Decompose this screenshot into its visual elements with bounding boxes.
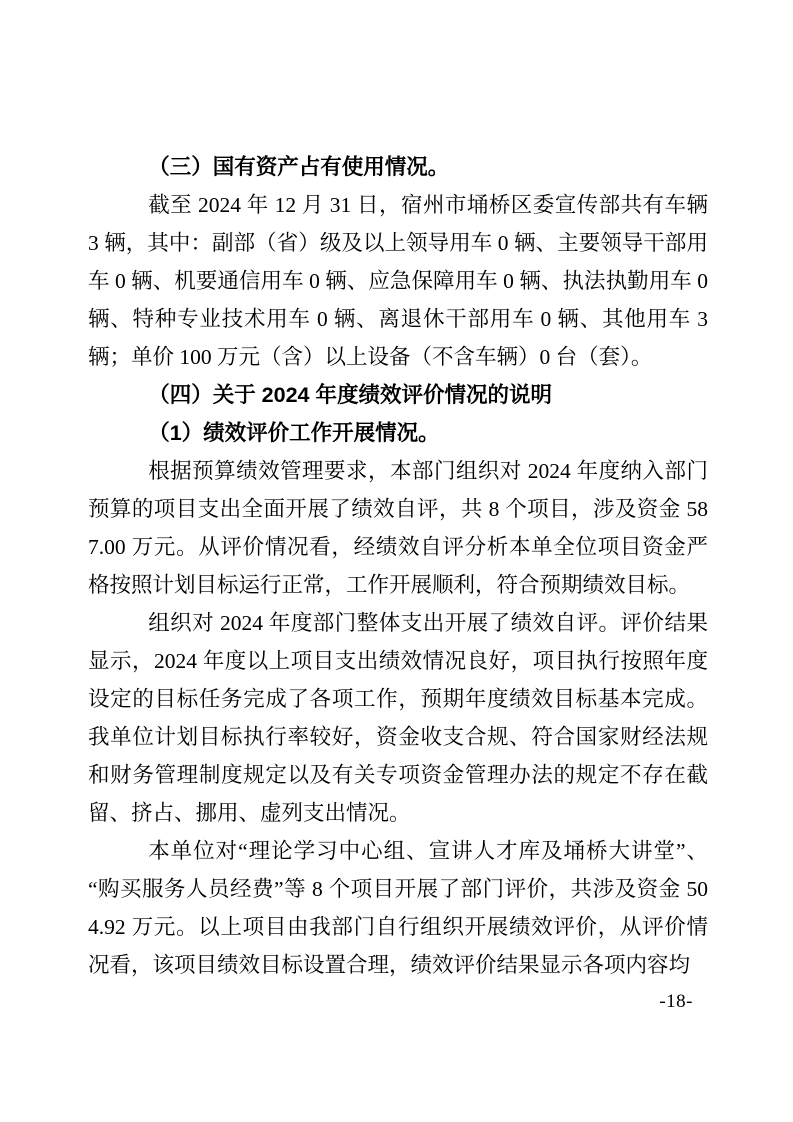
- section-heading: （四）关于 2024 年度绩效评价情况的说明: [88, 376, 708, 414]
- body-paragraph: 本单位对“理论学习中心组、宣讲人才库及埇桥大讲堂”、“购买服务人员经费”等 8 …: [88, 832, 708, 984]
- section-heading: （三）国有资产占有使用情况。: [88, 148, 708, 186]
- document-blocks: （三）国有资产占有使用情况。截至 2024 年 12 月 31 日，宿州市埇桥区…: [88, 148, 708, 984]
- body-paragraph: 截至 2024 年 12 月 31 日，宿州市埇桥区委宣传部共有车辆 3 辆，其…: [88, 186, 708, 376]
- body-paragraph: 组织对 2024 年度部门整体支出开展了绩效自评。评价结果显示，2024 年度以…: [88, 604, 708, 832]
- body-paragraph: 根据预算绩效管理要求，本部门组织对 2024 年度纳入部门预算的项目支出全面开展…: [88, 452, 708, 604]
- document-page: （三）国有资产占有使用情况。截至 2024 年 12 月 31 日，宿州市埇桥区…: [0, 0, 793, 1122]
- page-number: -18-: [659, 991, 693, 1013]
- section-heading: （1）绩效评价工作开展情况。: [88, 414, 708, 452]
